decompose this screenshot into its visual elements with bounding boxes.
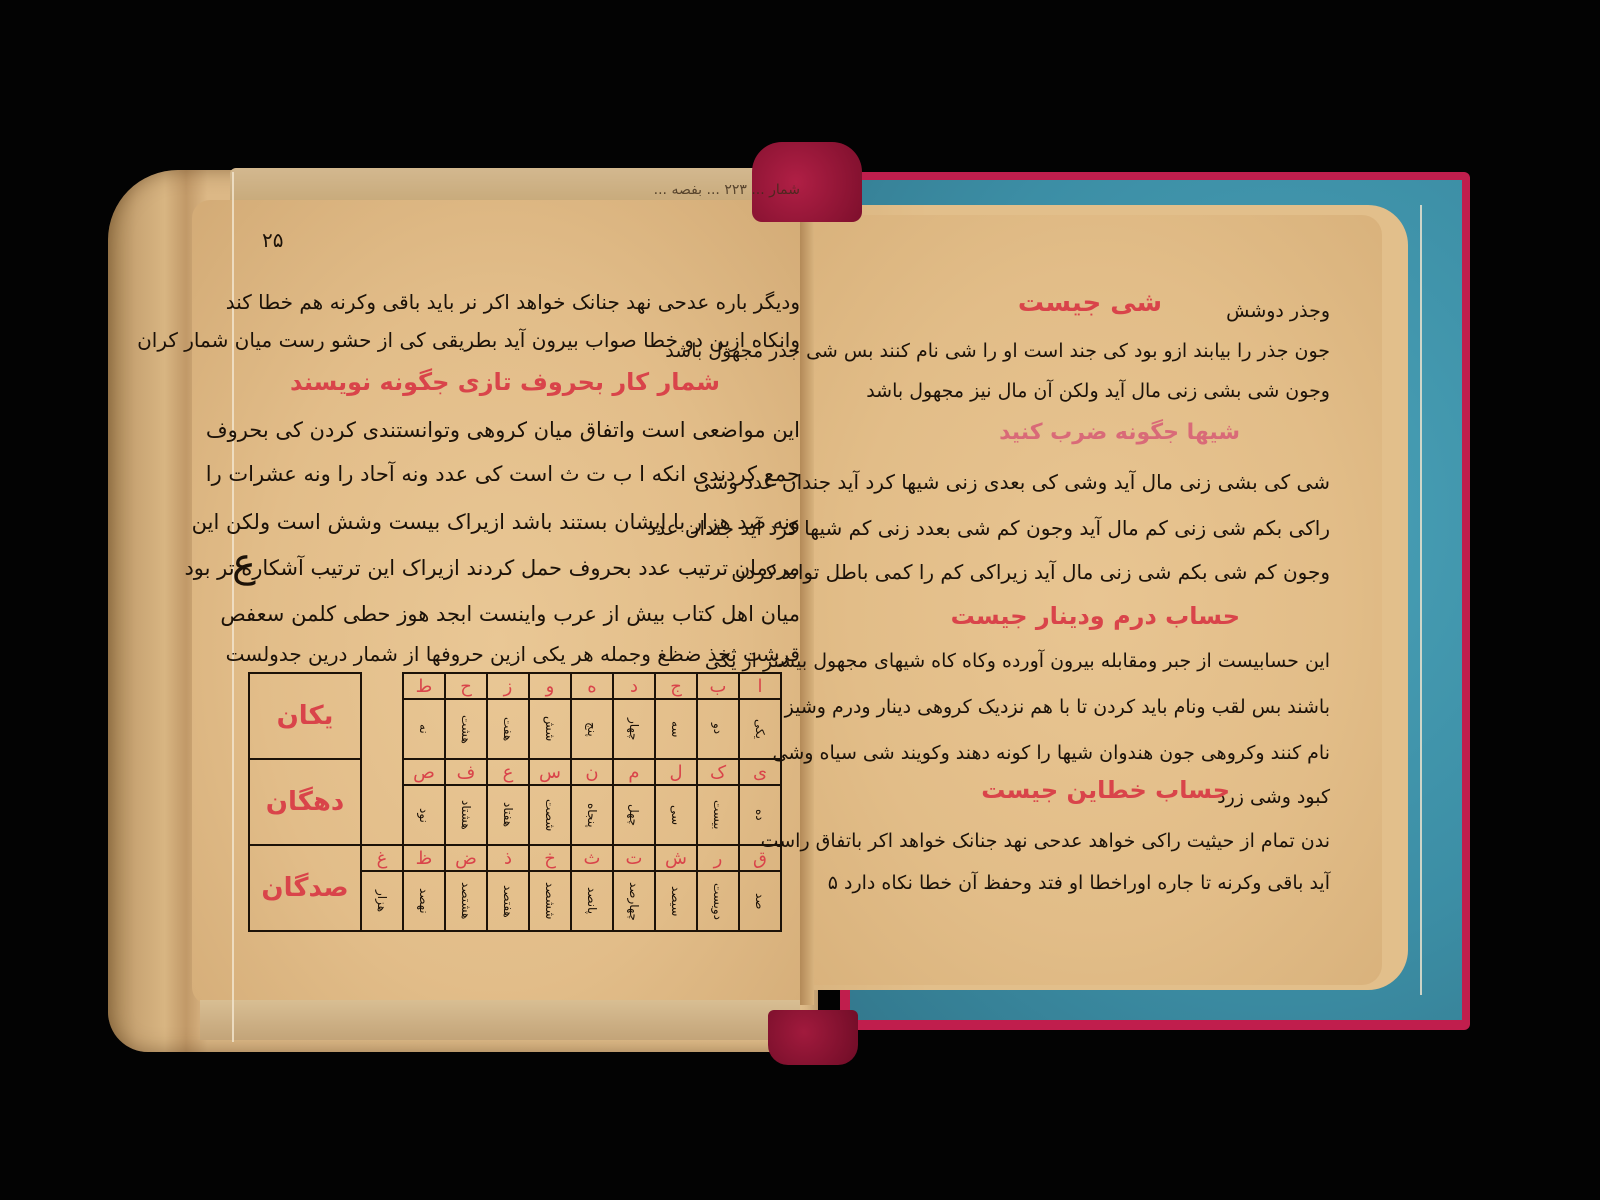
- table-word: چهل: [613, 785, 655, 845]
- table-letter: غ: [361, 845, 403, 871]
- table-word: نهصد: [403, 871, 445, 931]
- right-text-line: نام کنند وکروهی جون هندوان شیها را کونه …: [840, 742, 1330, 764]
- row-label-units: یکان: [249, 673, 361, 759]
- table-letter: م: [613, 759, 655, 785]
- table-letter: ذ: [487, 845, 529, 871]
- table-word: هشتاد: [445, 785, 487, 845]
- table-letter: ح: [445, 673, 487, 699]
- abjad-numeral-table: ا ب ج د ه و ز ح ط یکان یکی دو سه چهار پن…: [248, 672, 782, 932]
- table-letter: ه: [571, 673, 613, 699]
- table-letter: ن: [571, 759, 613, 785]
- table-letter: ف: [445, 759, 487, 785]
- table-word: چهارصد: [613, 871, 655, 931]
- right-text-line: وجون شی بشی زنی مال آید ولکن آن مال نیز …: [930, 380, 1330, 402]
- table-word: دویست: [697, 871, 739, 931]
- table-word: پنجاه: [571, 785, 613, 845]
- table-letter: د: [613, 673, 655, 699]
- table-word: پانصد: [571, 871, 613, 931]
- table-word: هفت: [487, 699, 529, 759]
- right-text-line: وجون کم شی بکم شی زنی مال آید زیراکی کم …: [920, 560, 1330, 584]
- left-text-line: مردمان ترتیب عدد بحروف حمل کردند ازیراک …: [290, 556, 800, 580]
- table-letter: ش: [655, 845, 697, 871]
- left-text-line: ودیگر باره عدحی نهد جنانک خواهد اکر نر ب…: [300, 290, 800, 314]
- left-text-line: میان اهل کتاب بیش از عرب واینست ابجد هوز…: [290, 602, 800, 626]
- table-word: هزار: [361, 871, 403, 931]
- left-text-line: این مواضعی است واتفاق میان کروهی وتوانست…: [290, 418, 800, 442]
- table-spacer: [361, 759, 403, 785]
- table-word: نه: [403, 699, 445, 759]
- table-letter: ک: [697, 759, 739, 785]
- right-text-line: ندن تمام از حیثیت راکی خواهد عدحی نهد جن…: [840, 830, 1330, 852]
- spine-bottom-red-fabric: [768, 1010, 858, 1065]
- row-label-hundreds: صدگان: [249, 845, 361, 931]
- table-letter: ظ: [403, 845, 445, 871]
- right-text-line: راکی بکم شی زنی کم مال آید وجون کم شی بع…: [840, 516, 1330, 540]
- table-word: هشت: [445, 699, 487, 759]
- right-heading-1: شی جیست: [1010, 288, 1170, 318]
- table-word: سه: [655, 699, 697, 759]
- table-letter: ط: [403, 673, 445, 699]
- table-letter: ث: [571, 845, 613, 871]
- right-text-line: این حسابیست از جبر ومقابله بیرون آورده و…: [840, 650, 1330, 672]
- right-heading-3: حساب درم ودینار جیست: [1010, 602, 1240, 630]
- gutter: [800, 205, 814, 1005]
- table-letter: ج: [655, 673, 697, 699]
- table-spacer: [361, 699, 403, 759]
- table-word: دو: [697, 699, 739, 759]
- table-word: ششصد: [529, 871, 571, 931]
- right-page: [808, 215, 1382, 985]
- right-fold-line: [1420, 205, 1422, 995]
- right-text-line: شی کی بشی زنی مال آید وشی کی بعدی زنی شی…: [840, 470, 1330, 494]
- table-letter: ص: [403, 759, 445, 785]
- table-letter: ر: [697, 845, 739, 871]
- table-spacer: [361, 673, 403, 699]
- row-label-tens: دهگان: [249, 759, 361, 845]
- page-number: ۲۵: [262, 228, 283, 252]
- left-heading: شمار کار بحروف تازی جگونه نویسند: [380, 368, 720, 396]
- table-word: شصت: [529, 785, 571, 845]
- right-heading-2: شیها جگونه ضرب کنید: [1000, 420, 1240, 445]
- table-letter: ا: [739, 673, 781, 699]
- margin-mark: ع: [232, 540, 256, 586]
- table-word: صد: [739, 871, 781, 931]
- table-letter: ع: [487, 759, 529, 785]
- table-word: هشتصد: [445, 871, 487, 931]
- table-word: پنج: [571, 699, 613, 759]
- table-spacer: [361, 785, 403, 845]
- table-word: سی: [655, 785, 697, 845]
- table-letter: ز: [487, 673, 529, 699]
- left-bottom-fold-strip: [200, 1000, 800, 1040]
- table-letter: ت: [613, 845, 655, 871]
- right-heading-4: حساب خطاین جیست: [1020, 776, 1230, 804]
- table-word: بیست: [697, 785, 739, 845]
- table-letter: س: [529, 759, 571, 785]
- table-word: سیصد: [655, 871, 697, 931]
- table-word: چهار: [613, 699, 655, 759]
- right-text-line: آید باقی وکرنه تا جاره اوراخطا او فتد وح…: [840, 872, 1330, 894]
- right-text-line: باشند بس لقب ونام باید کردن تا با هم نزد…: [840, 696, 1330, 718]
- table-word: شش: [529, 699, 571, 759]
- table-word: نود: [403, 785, 445, 845]
- table-letter: و: [529, 673, 571, 699]
- table-word: هفتصد: [487, 871, 529, 931]
- table-word: هفتاد: [487, 785, 529, 845]
- table-letter: خ: [529, 845, 571, 871]
- right-text-intro: وجذر دوشش: [1170, 300, 1330, 322]
- right-text-line: جون جذر را بیابند ازو بود کی جند است او …: [840, 340, 1330, 362]
- table-letter: ض: [445, 845, 487, 871]
- table-letter: ب: [697, 673, 739, 699]
- right-text-line: کبود وشی زرد: [1230, 786, 1330, 808]
- top-margin-note: شمار ... ۲۲۳ ... بفصه ...: [240, 182, 800, 198]
- table-letter: ل: [655, 759, 697, 785]
